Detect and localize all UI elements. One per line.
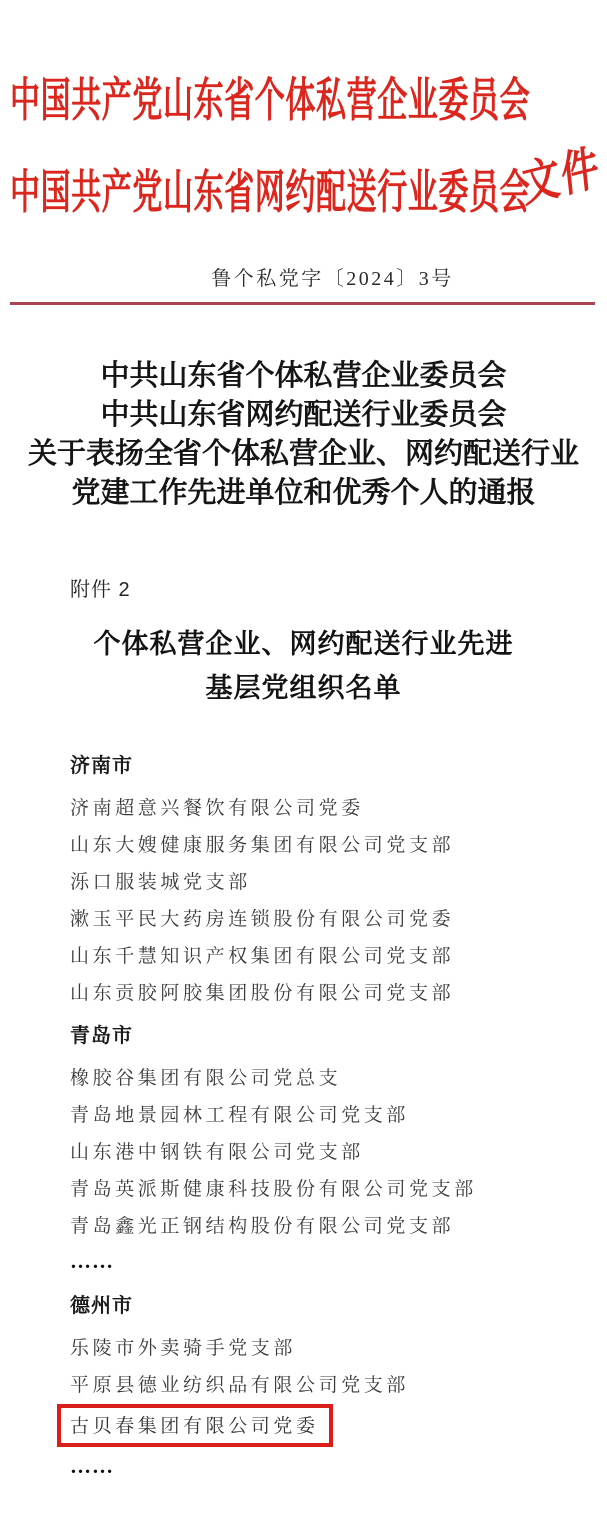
title-line: 中共山东省个体私营企业委员会: [0, 357, 607, 396]
list-title: 个体私营企业、网约配送行业先进 基层党组织名单: [0, 622, 607, 710]
org-item-text: 泺口服装城党支部: [70, 867, 251, 894]
org-item: 乐陵市外卖骑手党支部: [70, 1328, 597, 1365]
title-line: 党建工作先进单位和优秀个人的通报: [0, 474, 607, 513]
red-divider-rule: [10, 302, 595, 305]
org-item: 山东贡胶阿胶集团股份有限公司党支部: [70, 973, 597, 1010]
org-item: 青岛鑫光正钢结构股份有限公司党支部: [70, 1206, 597, 1243]
city-section: 济南市 济南超意兴餐饮有限公司党委山东大嫂健康服务集团有限公司党支部泺口服装城党…: [70, 754, 597, 1010]
letterhead-org-name-2: 中国共产党山东省网约配送行业委员会: [10, 154, 530, 222]
org-item: 泺口服装城党支部: [70, 862, 597, 899]
org-item: 平原县德业纺织品有限公司党支部: [70, 1365, 597, 1402]
org-list: 济南超意兴餐饮有限公司党委山东大嫂健康服务集团有限公司党支部泺口服装城党支部漱玉…: [70, 788, 597, 1010]
letterhead-org-name-1: 中国共产党山东省个体私营企业委员会: [10, 62, 530, 130]
org-item: 济南超意兴餐饮有限公司党委: [70, 788, 597, 825]
letterhead-line-1: 中国共产党山东省个体私营企业委员会: [10, 50, 601, 142]
org-item-text: 乐陵市外卖骑手党支部: [70, 1333, 296, 1360]
title-line: 关于表扬全省个体私营企业、网约配送行业: [0, 435, 607, 474]
org-item: 山东千慧知识产权集团有限公司党支部: [70, 936, 597, 973]
ellipsis-marker: ……: [70, 1448, 597, 1485]
document-number: 鲁个私党字〔2024〕3号: [0, 262, 607, 291]
org-item-text: 橡胶谷集团有限公司党总支: [70, 1063, 341, 1090]
list-title-line: 个体私营企业、网约配送行业先进: [0, 622, 607, 666]
org-item-text: 山东千慧知识产权集团有限公司党支部: [70, 941, 454, 968]
org-item-text: 古贝春集团有限公司党委: [57, 1404, 333, 1447]
attachment-label: 附件 2: [70, 573, 131, 602]
org-item-text: 漱玉平民大药房连锁股份有限公司党委: [70, 904, 454, 931]
letterhead-line-2: 中国共产党山东省网约配送行业委员会: [10, 142, 601, 234]
title-line: 中共山东省网约配送行业委员会: [0, 396, 607, 435]
org-item: 橡胶谷集团有限公司党总支: [70, 1058, 597, 1095]
org-item: 山东港中钢铁有限公司党支部: [70, 1132, 597, 1169]
city-header: 青岛市: [70, 1024, 597, 1048]
org-item: 漱玉平民大药房连锁股份有限公司党委: [70, 899, 597, 936]
official-document-page: 中国共产党山东省个体私营企业委员会 中国共产党山东省网约配送行业委员会 文件 鲁…: [0, 0, 607, 1521]
city-header: 济南市: [70, 754, 597, 778]
org-item-text: 青岛英派斯健康科技股份有限公司党支部: [70, 1174, 477, 1201]
org-list: 乐陵市外卖骑手党支部平原县德业纺织品有限公司党支部古贝春集团有限公司党委……: [70, 1328, 597, 1485]
list-title-line: 基层党组织名单: [0, 666, 607, 710]
org-item-highlighted: 古贝春集团有限公司党委: [70, 1402, 597, 1448]
city-sections: 济南市 济南超意兴餐饮有限公司党委山东大嫂健康服务集团有限公司党支部泺口服装城党…: [70, 754, 597, 1485]
org-item-text: 济南超意兴餐饮有限公司党委: [70, 793, 364, 820]
org-item-text: 平原县德业纺织品有限公司党支部: [70, 1370, 409, 1397]
org-item: 山东大嫂健康服务集团有限公司党支部: [70, 825, 597, 862]
city-section: 青岛市 橡胶谷集团有限公司党总支青岛地景园林工程有限公司党支部山东港中钢铁有限公…: [70, 1024, 597, 1280]
org-item-text: 山东港中钢铁有限公司党支部: [70, 1137, 364, 1164]
org-item: 青岛地景园林工程有限公司党支部: [70, 1095, 597, 1132]
org-item-text: 青岛地景园林工程有限公司党支部: [70, 1100, 409, 1127]
ellipsis-marker: ……: [70, 1243, 597, 1280]
org-item: 青岛英派斯健康科技股份有限公司党支部: [70, 1169, 597, 1206]
org-list: 橡胶谷集团有限公司党总支青岛地景园林工程有限公司党支部山东港中钢铁有限公司党支部…: [70, 1058, 597, 1280]
red-letterhead: 中国共产党山东省个体私营企业委员会 中国共产党山东省网约配送行业委员会 文件: [10, 50, 601, 234]
main-title: 中共山东省个体私营企业委员会 中共山东省网约配送行业委员会 关于表扬全省个体私营…: [0, 357, 607, 513]
org-item-text: 山东大嫂健康服务集团有限公司党支部: [70, 830, 454, 857]
city-section: 德州市 乐陵市外卖骑手党支部平原县德业纺织品有限公司党支部古贝春集团有限公司党委…: [70, 1294, 597, 1485]
org-item-text: 山东贡胶阿胶集团股份有限公司党支部: [70, 978, 454, 1005]
city-header: 德州市: [70, 1294, 597, 1318]
org-item-text: 青岛鑫光正钢结构股份有限公司党支部: [70, 1211, 454, 1238]
